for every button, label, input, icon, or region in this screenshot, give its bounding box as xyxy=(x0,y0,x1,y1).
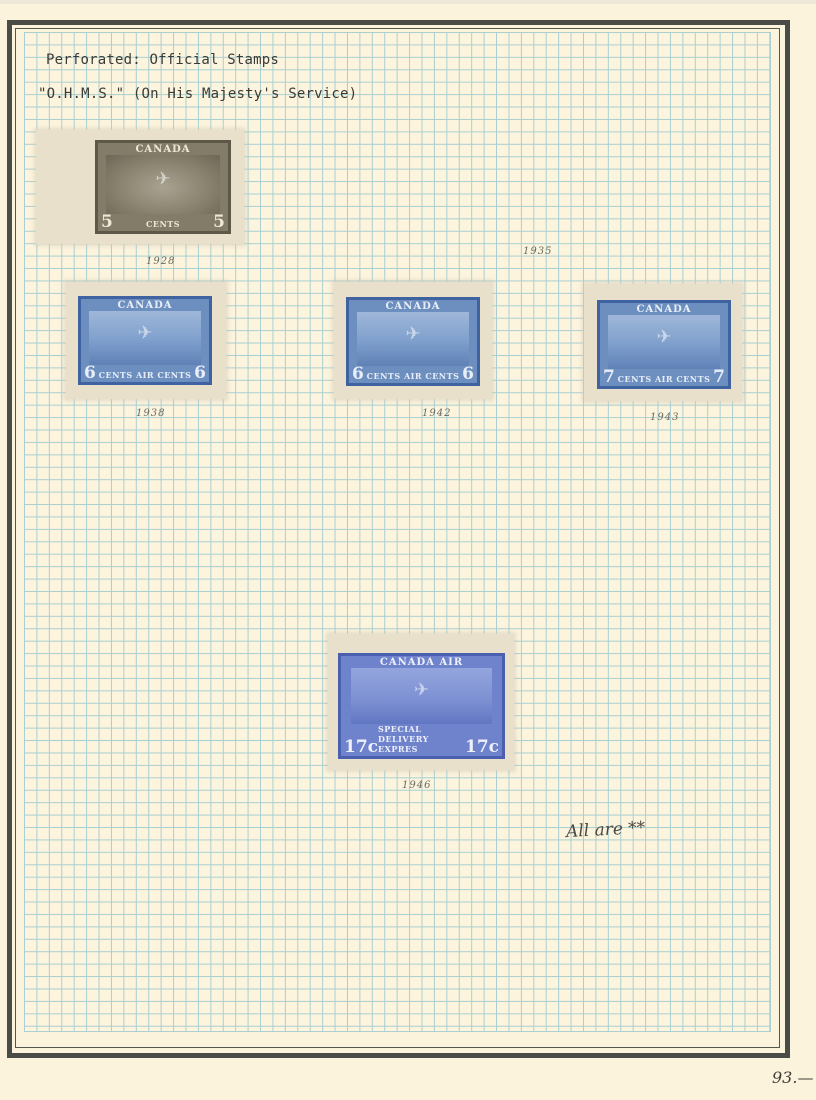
plane-icon: ✈ xyxy=(414,680,429,701)
stamp-denomination: 5 xyxy=(213,214,225,231)
stamp-picture: ✈ xyxy=(106,155,220,214)
year-label-1935: 1935 xyxy=(523,246,552,257)
stamp-country: CANADA xyxy=(385,301,440,312)
stamp-1928[interactable]: CANADA ✈ 5 CENTS 5 xyxy=(95,140,231,234)
stamp-picture: ✈ xyxy=(89,311,202,365)
stamp-bottom-text: SPECIAL DELIVERY EXPRES xyxy=(378,724,465,756)
stamp-picture: ✈ xyxy=(357,312,470,366)
stamp-denomination: 7 xyxy=(603,369,615,386)
stamp-bottom-text: CENTS AIR CENTS xyxy=(99,370,192,382)
stamp-denomination: 6 xyxy=(462,366,474,383)
stamp-denomination: 17c xyxy=(465,739,499,756)
page-top-edge xyxy=(0,0,816,4)
stamp-1938[interactable]: CANADA ✈ 6 CENTS AIR CENTS 6 xyxy=(78,296,212,385)
stamp-country: CANADA AIR xyxy=(380,657,463,668)
stamp-1946[interactable]: CANADA AIR ✈ 17c SPECIAL DELIVERY EXPRES… xyxy=(338,653,505,759)
year-label-1928: 1928 xyxy=(146,256,175,267)
stamp-1942[interactable]: CANADA ✈ 6 CENTS AIR CENTS 6 xyxy=(346,297,480,386)
year-label-1942: 1942 xyxy=(422,408,451,419)
stamp-denomination: 7 xyxy=(713,369,725,386)
year-label-1946: 1946 xyxy=(402,780,431,791)
stamp-1943[interactable]: CANADA ✈ 7 CENTS AIR CENTS 7 xyxy=(597,300,731,389)
plane-icon: ✈ xyxy=(137,322,152,343)
page-subheading: "O.H.M.S." (On His Majesty's Service) xyxy=(38,86,357,102)
stamp-denomination: 6 xyxy=(194,365,206,382)
stamp-picture: ✈ xyxy=(351,668,493,724)
year-label-1938: 1938 xyxy=(136,408,165,419)
stamp-denomination: 5 xyxy=(101,214,113,231)
page-heading: Perforated: Official Stamps xyxy=(46,52,279,68)
page-number: 93.— xyxy=(772,1068,813,1087)
stamp-denomination: 17c xyxy=(344,739,378,756)
stamp-picture: ✈ xyxy=(608,315,721,369)
plane-icon: ✈ xyxy=(656,326,671,347)
stamp-denomination: 6 xyxy=(352,366,364,383)
stamp-country: CANADA xyxy=(636,304,691,315)
plane-icon: ✈ xyxy=(405,323,420,344)
stamp-bottom-text: CENTS xyxy=(146,219,180,231)
stamp-denomination: 6 xyxy=(84,365,96,382)
stamp-bottom-text: CENTS AIR CENTS xyxy=(618,374,711,386)
stamp-bottom-text: CENTS AIR CENTS xyxy=(367,371,460,383)
handwritten-note: All are ** xyxy=(566,818,646,842)
stamp-country: CANADA xyxy=(117,300,172,311)
year-label-1943: 1943 xyxy=(650,412,679,423)
stamp-country: CANADA xyxy=(135,144,190,155)
plane-icon: ✈ xyxy=(155,168,170,189)
